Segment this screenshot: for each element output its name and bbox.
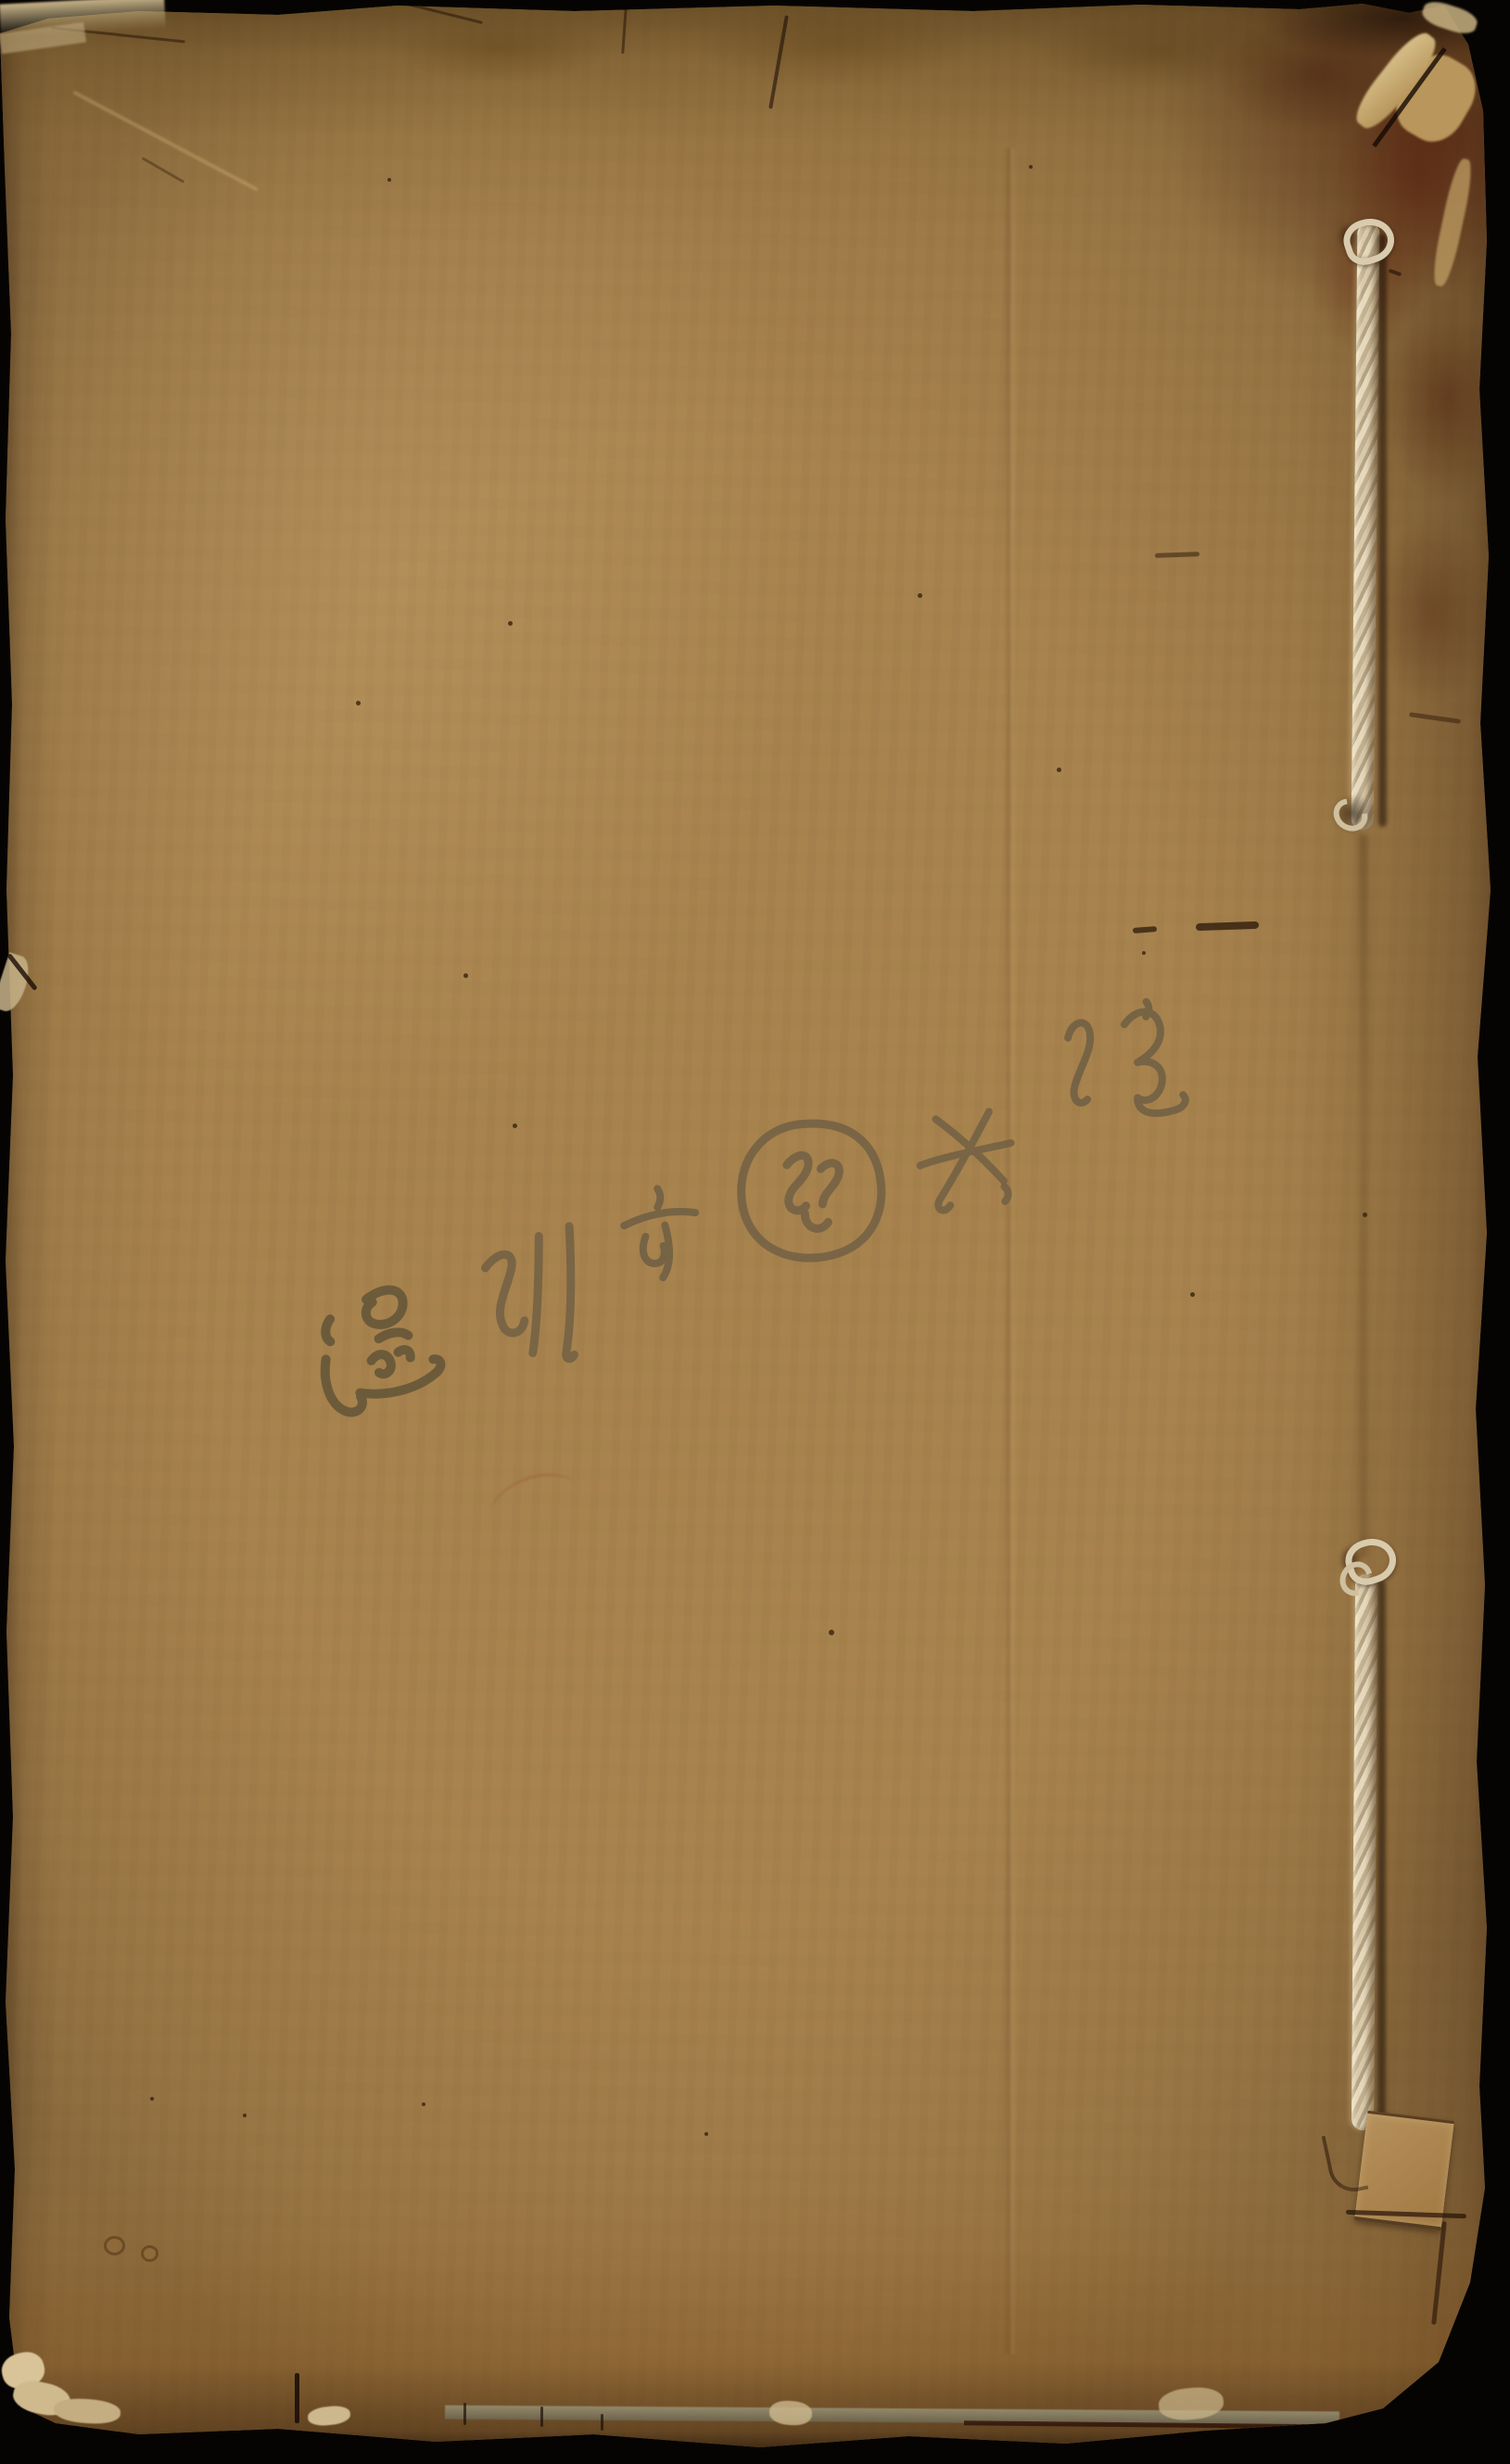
- speck: [508, 621, 513, 626]
- paper-fleck: [307, 2405, 351, 2428]
- crack-mark: [1155, 552, 1199, 558]
- crack-mark: [1133, 926, 1157, 934]
- crack-mark: [400, 1, 483, 24]
- edge-crack: [463, 2403, 466, 2425]
- speck: [356, 701, 361, 705]
- speck: [1057, 768, 1061, 772]
- char-shi: [620, 1185, 702, 1281]
- speck: [422, 2102, 425, 2106]
- scanned-book-cover-page: 温州市圖書館: [0, 0, 1510, 2464]
- char-tu: [734, 1116, 888, 1264]
- thread-shadow: [1378, 234, 1387, 827]
- crack-mark: [621, 7, 627, 54]
- edge-crack: [295, 2373, 299, 2423]
- speck: [829, 1630, 834, 1635]
- scratch-mark: [483, 1463, 589, 1545]
- char-zhou: [481, 1226, 588, 1368]
- corner-crease: [72, 90, 259, 191]
- edge-crack: [540, 2407, 543, 2427]
- edge-crack: [601, 2414, 603, 2431]
- binding-thread-lower: [1351, 1574, 1377, 2130]
- stain-ring: [141, 2245, 159, 2262]
- speck: [1029, 165, 1033, 169]
- paper-fleck: [768, 2399, 813, 2426]
- crack-mark: [1322, 2129, 1369, 2196]
- char-wen: [312, 1283, 447, 1416]
- speck: [387, 178, 391, 182]
- stain-ring: [104, 2236, 125, 2255]
- char-shu: [915, 1110, 1017, 1212]
- thread-impression: [1359, 834, 1368, 1557]
- crack-mark: [142, 157, 185, 184]
- speck: [918, 593, 922, 598]
- crack-mark: [1196, 921, 1259, 931]
- speck: [243, 2114, 247, 2117]
- thread-shadow: [1377, 1581, 1386, 2127]
- crack-mark: [768, 15, 789, 108]
- speck: [150, 2097, 154, 2101]
- char-guan: [1065, 998, 1186, 1122]
- handwritten-library-inscription: [278, 955, 1251, 1455]
- speck: [704, 2132, 708, 2136]
- book-cover: [0, 0, 1510, 2464]
- crack-mark: [1431, 2221, 1447, 2325]
